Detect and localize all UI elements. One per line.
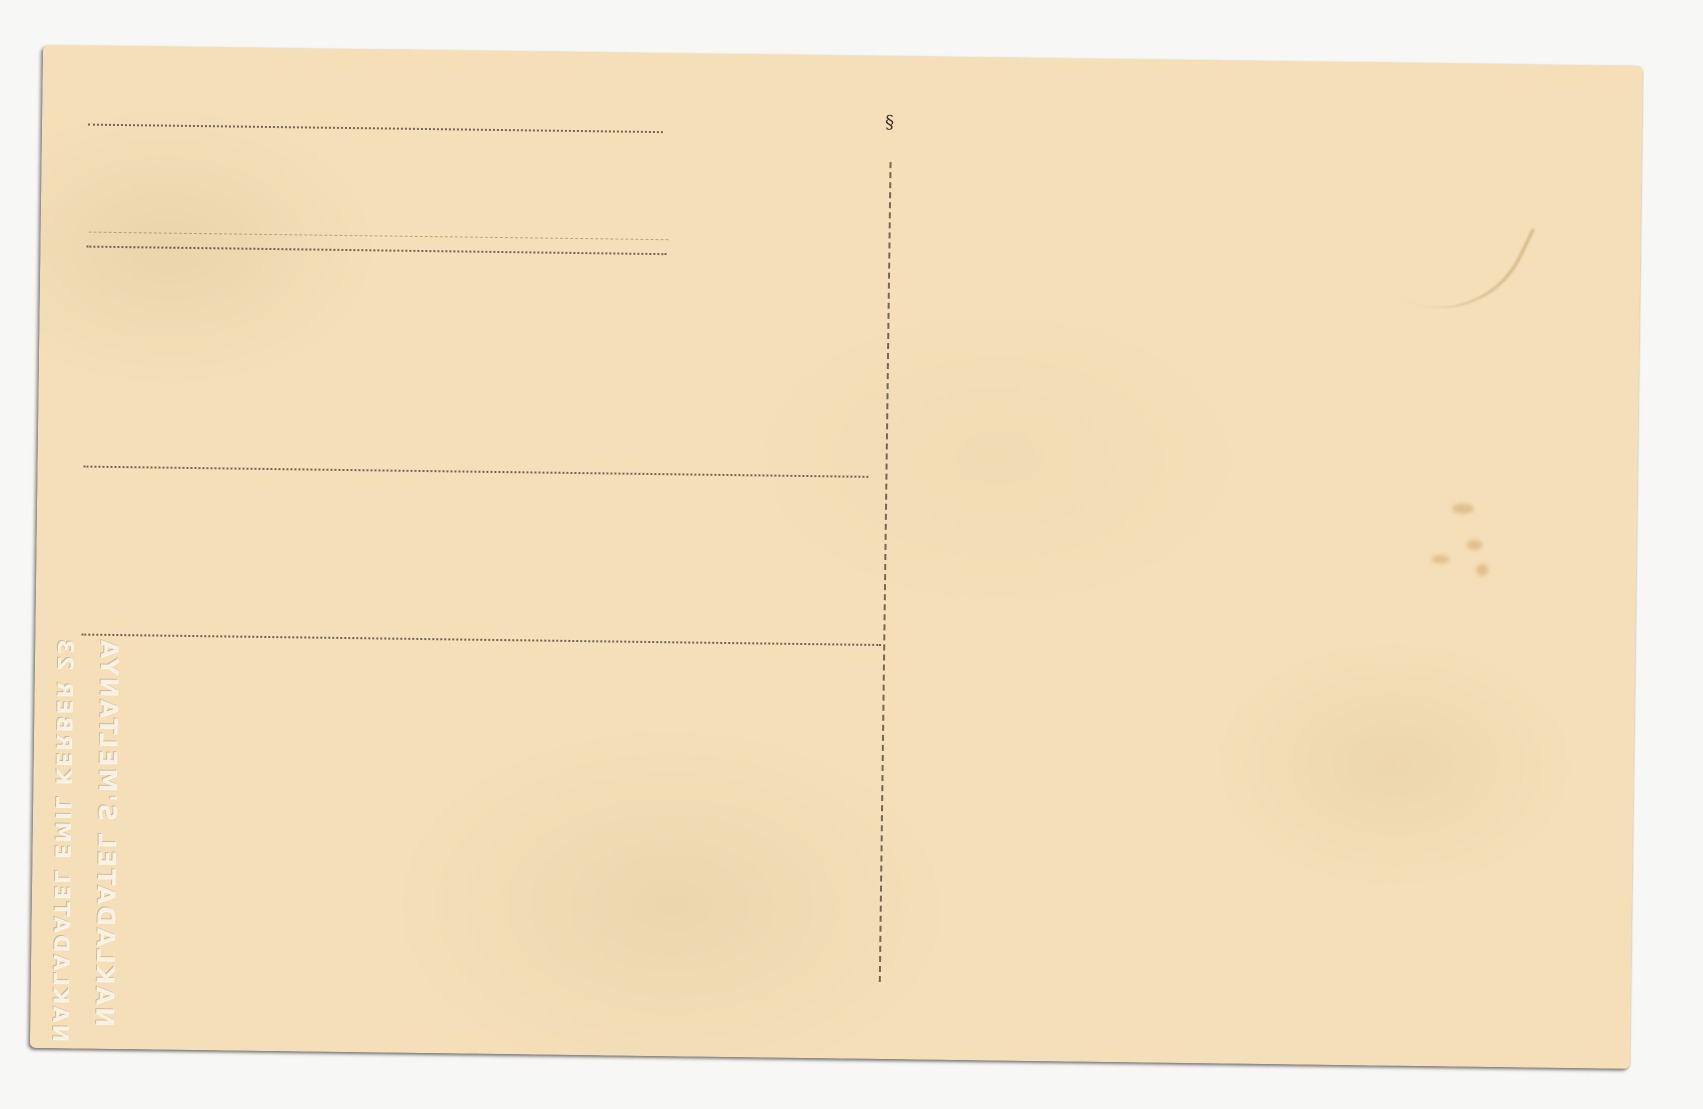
postcard-back: § NAKLADATEL EMIL KERBER 23 NAKLADATEL S… [30,45,1643,1069]
faint-guide-line [89,232,669,241]
foxing-stain [1476,564,1488,576]
writing-line-1 [88,124,663,134]
writing-line-4 [81,634,881,646]
crease-mark [1399,189,1535,337]
foxing-stain [1467,540,1483,550]
foxing-stain [1431,555,1449,563]
foxing-stain [1452,503,1474,513]
embossed-publisher-text-2: NAKLADATEL S'MELTANYA [90,638,123,1028]
section-mark-glyph: § [885,114,894,132]
writing-line-3 [83,466,868,478]
writing-line-2 [86,246,666,256]
center-divider [879,162,892,982]
embossed-publisher-text-1: NAKLADATEL EMIL KERBER 23 [48,637,77,1042]
